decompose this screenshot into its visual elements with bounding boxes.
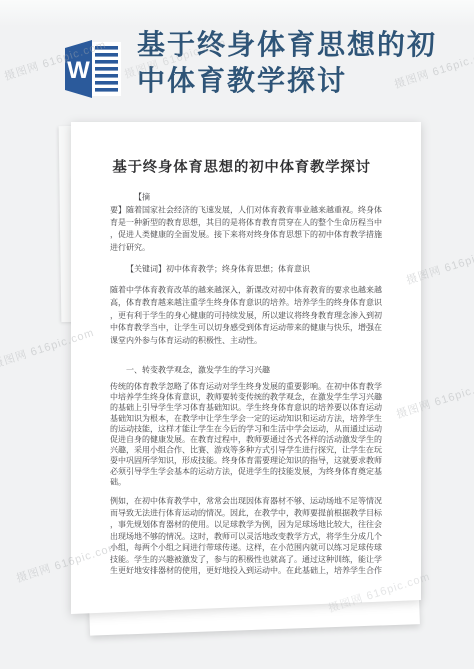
section-heading-1: 一、转变教学观念，激发学生的学习兴趣 xyxy=(110,364,382,376)
document-preview[interactable]: 基于终身体育思想的初中体育教学探讨 【摘 要】随着国家社会经济的飞速发展，人们对… xyxy=(0,0,474,669)
page-background: W 基于终身体育思想的初中体育教学探讨 基于终身体育思想的初中体育教学探讨 【摘… xyxy=(0,0,474,669)
intro-paragraph: 随着中学体育教育改革的越来越深入，新课改对初中体育教育的要求也越来越高，体育教育… xyxy=(110,284,382,347)
document-content: 基于终身体育思想的初中体育教学探讨 【摘 要】随着国家社会经济的飞速发展，人们对… xyxy=(110,122,382,614)
document-title: 基于终身体育思想的初中体育教学探讨 xyxy=(112,156,382,177)
document-page: 基于终身体育思想的初中体育教学探讨 【摘 要】随着国家社会经济的飞速发展，人们对… xyxy=(71,122,421,614)
example-paragraph: 例如，在初中体育教学中，常常会出现因体育器材不够、运动场地不足等情况而导致无法进… xyxy=(110,496,382,577)
keywords-line: 【关键词】初中体育教学；终身体育思想；体育意识 xyxy=(110,264,382,276)
document-page-wrap: 基于终身体育思想的初中体育教学探讨 【摘 要】随着国家社会经济的飞速发展，人们对… xyxy=(71,122,421,614)
abstract-text: 要】随着国家社会经济的飞速发展，人们对体育教育事业越来越重视。终身体育是一种新型… xyxy=(110,204,382,254)
section-paragraph-1: 传统的体育教学忽略了体育运动对学生终身发展的重要影响。在初中体育教学中培养学生终… xyxy=(110,382,382,488)
abstract-label: 【摘 xyxy=(110,192,382,204)
